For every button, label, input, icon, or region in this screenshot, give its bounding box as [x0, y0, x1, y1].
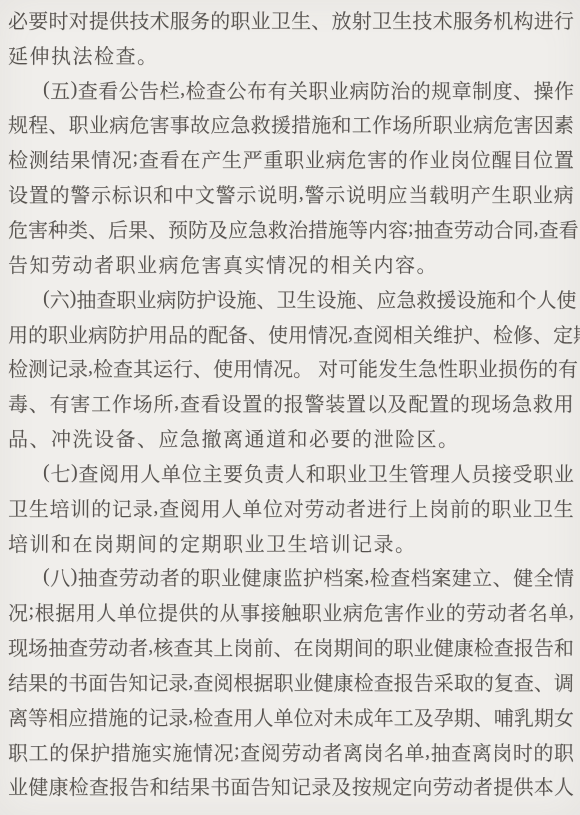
- text-line: (五)查看公告栏,检查公布有关职业病防治的规章制度、操作: [8, 72, 574, 107]
- text-line: 危害种类、后果、预防及应急救治措施等内容;抽查劳动合同,查看: [8, 211, 574, 246]
- page-text: 必要时对提供技术服务的职业卫生、放射卫生技术服务机构进行延伸执法检查。(五)查看…: [8, 2, 574, 803]
- text-line: (七)查阅用人单位主要负责人和职业卫生管理人员接受职业: [8, 455, 574, 490]
- text-line: 品、冲洗设备、应急撤离通道和必要的泄险区。: [8, 420, 574, 455]
- document-page: 必要时对提供技术服务的职业卫生、放射卫生技术服务机构进行延伸执法检查。(五)查看…: [0, 0, 580, 815]
- text-line: 现场抽查劳动者,核查其上岗前、在岗期间的职业健康检查报告和: [8, 629, 574, 664]
- text-line: 职工的保护措施实施情况;查阅劳动者离岗名单,抽查离岗时的职: [8, 734, 574, 769]
- text-line: 业健康检查报告和结果书面告知记录及按规定向劳动者提供本人: [8, 769, 574, 804]
- text-line: 必要时对提供技术服务的职业卫生、放射卫生技术服务机构进行: [8, 2, 574, 37]
- text-line: 告知劳动者职业病危害真实情况的相关内容。: [8, 246, 574, 281]
- text-line: 用的职业病防护用品的配备、使用情况,查阅相关维护、检修、定期: [8, 316, 574, 351]
- text-line: 况;根据用人单位提供的从事接触职业病危害作业的劳动者名单,: [8, 594, 574, 629]
- text-line: 毒、有害工作场所,查看设置的报警装置以及配置的现场急救用: [8, 385, 574, 420]
- text-line: 检测结果情况;查看在产生严重职业病危害的作业岗位醒目位置: [8, 141, 574, 176]
- text-line: 设置的警示标识和中文警示说明,警示说明应当载明产生职业病: [8, 176, 574, 211]
- text-line: (六)抽查职业病防护设施、卫生设施、应急救援设施和个人使: [8, 281, 574, 316]
- text-line: 离等相应措施的记录,检查用人单位对未成年工及孕期、哺乳期女: [8, 699, 574, 734]
- text-line: 检测记录,检查其运行、使用情况。 对可能发生急性职业损伤的有: [8, 350, 574, 385]
- text-line: 规程、职业病危害事故应急救援措施和工作场所职业病危害因素: [8, 107, 574, 142]
- text-line: (八)抽查劳动者的职业健康监护档案,检查档案建立、健全情: [8, 560, 574, 595]
- text-line: 结果的书面告知记录,查阅根据职业健康检查报告采取的复查、调: [8, 664, 574, 699]
- text-line: 卫生培训的记录,查阅用人单位对劳动者进行上岗前的职业卫生: [8, 490, 574, 525]
- text-line: 培训和在岗期间的定期职业卫生培训记录。: [8, 525, 574, 560]
- text-line: 延伸执法检查。: [8, 37, 574, 72]
